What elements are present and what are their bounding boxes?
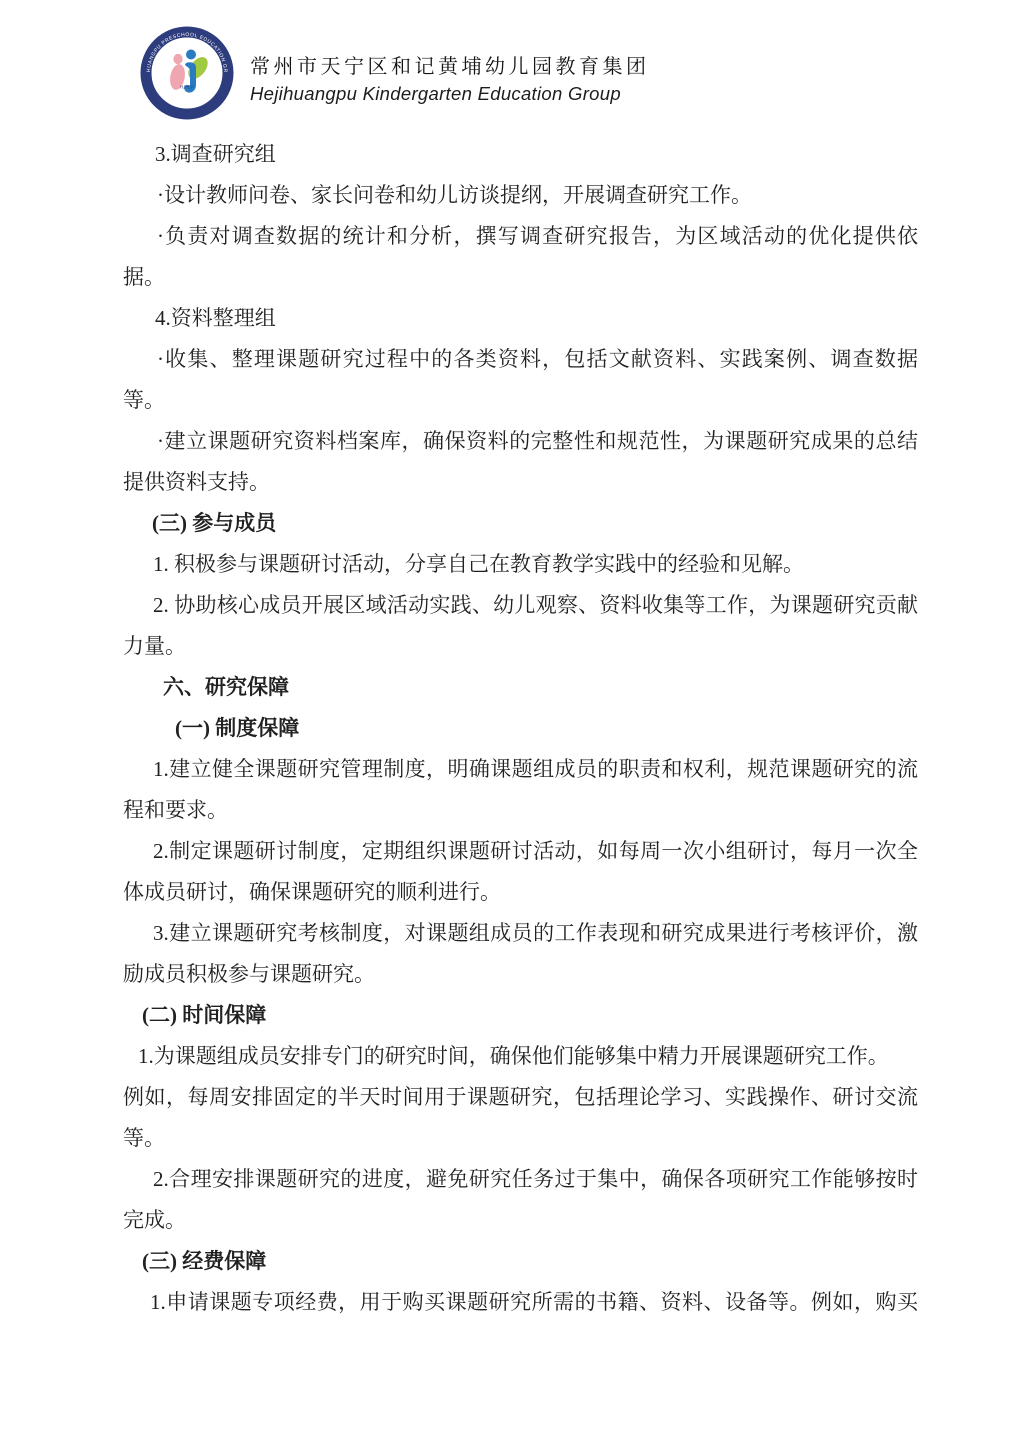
paragraph: 2.合理安排课题研究的进度，避免研究任务过于集中，确保各项研究工作能够按时完成。 [123, 1159, 918, 1241]
text-line: (一) 制度保障 [123, 708, 918, 749]
paragraph: ·建立课题研究资料档案库，确保资料的完整性和规范性，为课题研究成果的总结提供资料… [123, 421, 918, 503]
text-line: 3.调查研究组 [123, 134, 918, 175]
section-heading: (二) 时间保障 [123, 995, 918, 1036]
text-line: 励成员积极参与课题研究。 [123, 954, 918, 995]
logo-center-label: HJHEP [180, 85, 194, 90]
text-line: 1.建立健全课题研究管理制度，明确课题组成员的职责和权利，规范课题研究的流 [123, 749, 918, 790]
text-line: 力量。 [123, 626, 918, 667]
text-line: (三) 经费保障 [123, 1241, 918, 1282]
text-line: 提供资料支持。 [123, 462, 918, 503]
text-line: 1.为课题组成员安排专门的研究时间，确保他们能够集中精力开展课题研究工作。 [123, 1036, 918, 1077]
paragraph: ·设计教师问卷、家长问卷和幼儿访谈提纲，开展调查研究工作。 [123, 175, 918, 216]
paragraph: 3.建立课题研究考核制度，对课题组成员的工作表现和研究成果进行考核评价，激励成员… [123, 913, 918, 995]
text-line: 1.申请课题专项经费，用于购买课题研究所需的书籍、资料、设备等。例如，购买 [123, 1282, 918, 1323]
section-heading: (三) 经费保障 [123, 1241, 918, 1282]
text-line: 等。 [123, 380, 918, 421]
paragraph: ·负责对调查数据的统计和分析，撰写调查研究报告，为区域活动的优化提供依据。 [123, 216, 918, 298]
text-line: 体成员研讨，确保课题研究的顺利进行。 [123, 872, 918, 913]
text-line: ·负责对调查数据的统计和分析，撰写调查研究报告，为区域活动的优化提供依 [123, 216, 918, 257]
pink-figure-head-icon [173, 54, 182, 64]
text-line: (二) 时间保障 [123, 995, 918, 1036]
text-line: 3.建立课题研究考核制度，对课题组成员的工作表现和研究成果进行考核评价，激 [123, 913, 918, 954]
text-line: 例如，每周安排固定的半天时间用于课题研究，包括理论学习、实践操作、研讨交流 [123, 1077, 918, 1118]
text-line: 完成。 [123, 1200, 918, 1241]
text-line: ·设计教师问卷、家长问卷和幼儿访谈提纲，开展调查研究工作。 [123, 175, 918, 216]
paragraph: 2.制定课题研讨制度，定期组织课题研讨活动，如每周一次小组研讨，每月一次全体成员… [123, 831, 918, 913]
paragraph: 1.建立健全课题研究管理制度，明确课题组成员的职责和权利，规范课题研究的流程和要… [123, 749, 918, 831]
section-heading: (三) 参与成员 [123, 503, 918, 544]
paragraph: ·收集、整理课题研究过程中的各类资料，包括文献资料、实践案例、调查数据等。 [123, 339, 918, 421]
paragraph: 1.申请课题专项经费，用于购买课题研究所需的书籍、资料、设备等。例如，购买 [123, 1282, 918, 1323]
kindergarten-logo-icon: HEJIHUANGPU PRESCHOOL EDUCATION GROUP 和记… [140, 26, 234, 120]
letterhead: 常州市天宁区和记黄埔幼儿园教育集团 Hejihuangpu Kindergart… [250, 50, 650, 105]
org-name-english: Hejihuangpu Kindergarten Education Group [250, 83, 650, 105]
paragraph: 4.资料整理组 [123, 298, 918, 339]
text-line: 六、研究保障 [123, 667, 918, 708]
text-line: 2.合理安排课题研究的进度，避免研究任务过于集中，确保各项研究工作能够按时 [123, 1159, 918, 1200]
paragraph: 3.调查研究组 [123, 134, 918, 175]
text-line: 据。 [123, 257, 918, 298]
blue-figure-head-icon [186, 50, 196, 60]
document-page: HEJIHUANGPU PRESCHOOL EDUCATION GROUP 和记… [0, 0, 1024, 1448]
text-line: ·收集、整理课题研究过程中的各类资料，包括文献资料、实践案例、调查数据 [123, 339, 918, 380]
paragraph: 1.为课题组成员安排专门的研究时间，确保他们能够集中精力开展课题研究工作。例如，… [123, 1036, 918, 1159]
text-line: (三) 参与成员 [123, 503, 918, 544]
text-line: 1. 积极参与课题研讨活动，分享自己在教育教学实践中的经验和见解。 [123, 544, 918, 585]
text-line: 4.资料整理组 [123, 298, 918, 339]
document-body: 3.调查研究组·设计教师问卷、家长问卷和幼儿访谈提纲，开展调查研究工作。·负责对… [123, 134, 918, 1323]
paragraph: 1. 积极参与课题研讨活动，分享自己在教育教学实践中的经验和见解。 [123, 544, 918, 585]
org-name-chinese: 常州市天宁区和记黄埔幼儿园教育集团 [250, 50, 650, 79]
text-line: 等。 [123, 1118, 918, 1159]
section-heading: (一) 制度保障 [123, 708, 918, 749]
text-line: 2.制定课题研讨制度，定期组织课题研讨活动，如每周一次小组研讨，每月一次全 [123, 831, 918, 872]
text-line: 2. 协助核心成员开展区域活动实践、幼儿观察、资料收集等工作，为课题研究贡献 [123, 585, 918, 626]
paragraph: 2. 协助核心成员开展区域活动实践、幼儿观察、资料收集等工作，为课题研究贡献力量… [123, 585, 918, 667]
text-line: 程和要求。 [123, 790, 918, 831]
text-line: ·建立课题研究资料档案库，确保资料的完整性和规范性，为课题研究成果的总结 [123, 421, 918, 462]
section-heading: 六、研究保障 [123, 667, 918, 708]
